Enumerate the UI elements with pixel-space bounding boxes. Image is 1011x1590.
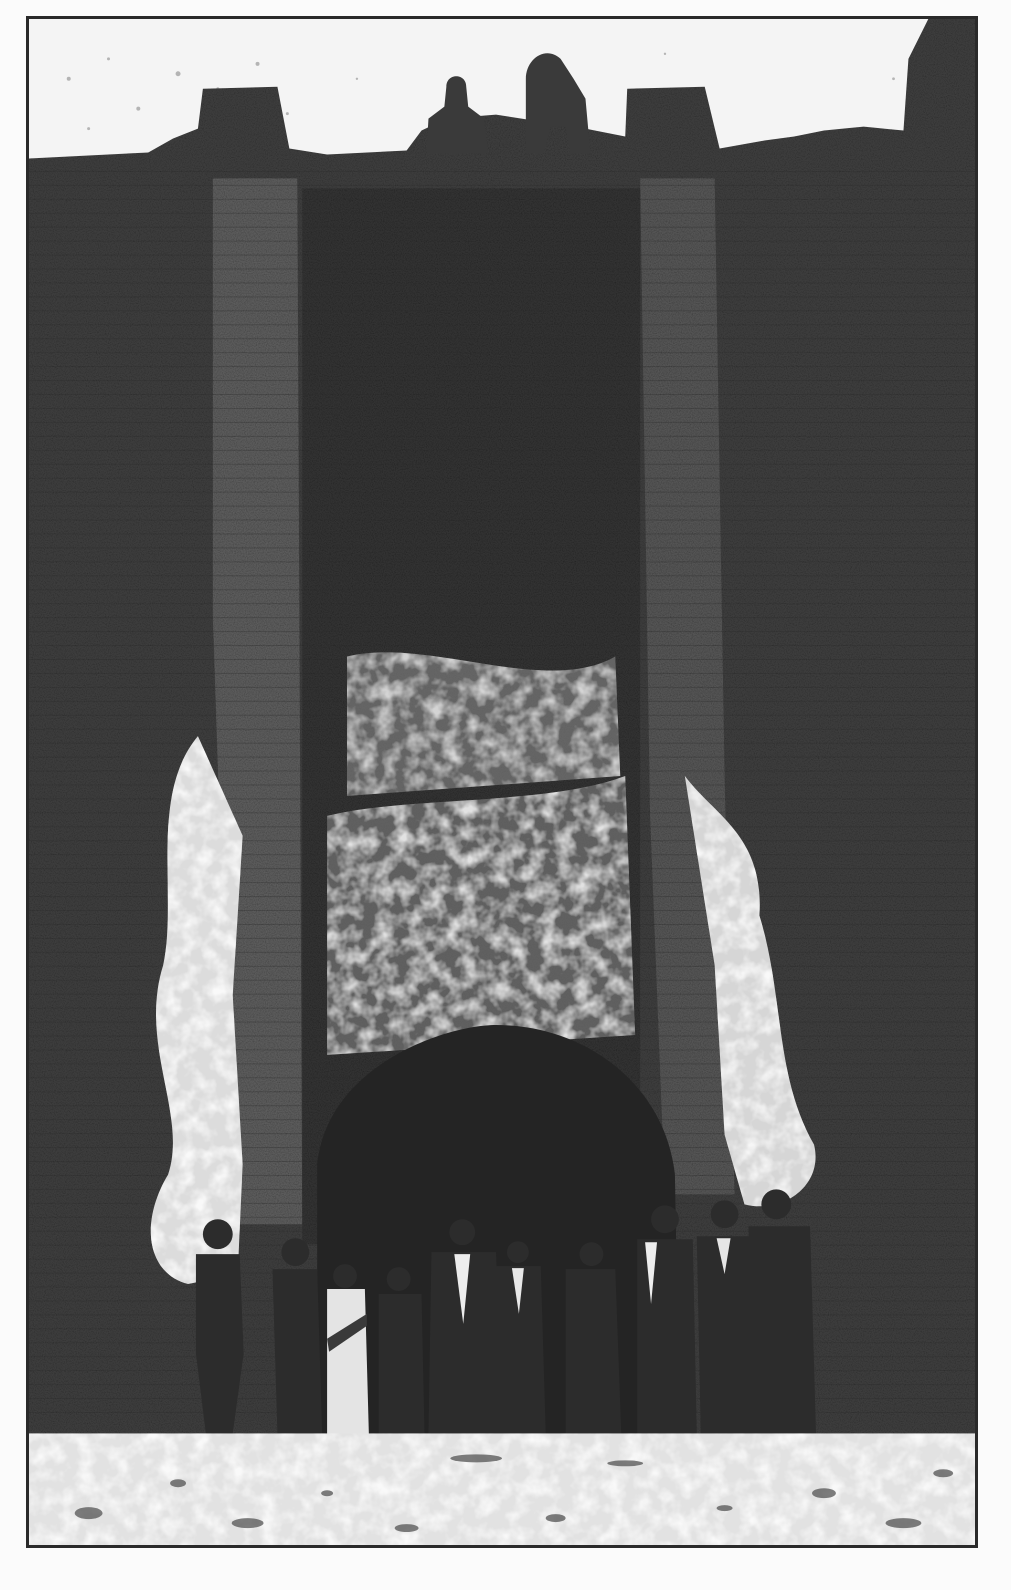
person-3 (327, 1264, 369, 1433)
ground (29, 1433, 975, 1545)
person-7 (566, 1242, 622, 1433)
fortress-gate-scene (29, 19, 975, 1545)
person-6 (494, 1241, 546, 1433)
newspaper-photo: Grainy black-and-white photo of a tall f… (26, 16, 978, 1548)
person-8 (637, 1205, 697, 1433)
